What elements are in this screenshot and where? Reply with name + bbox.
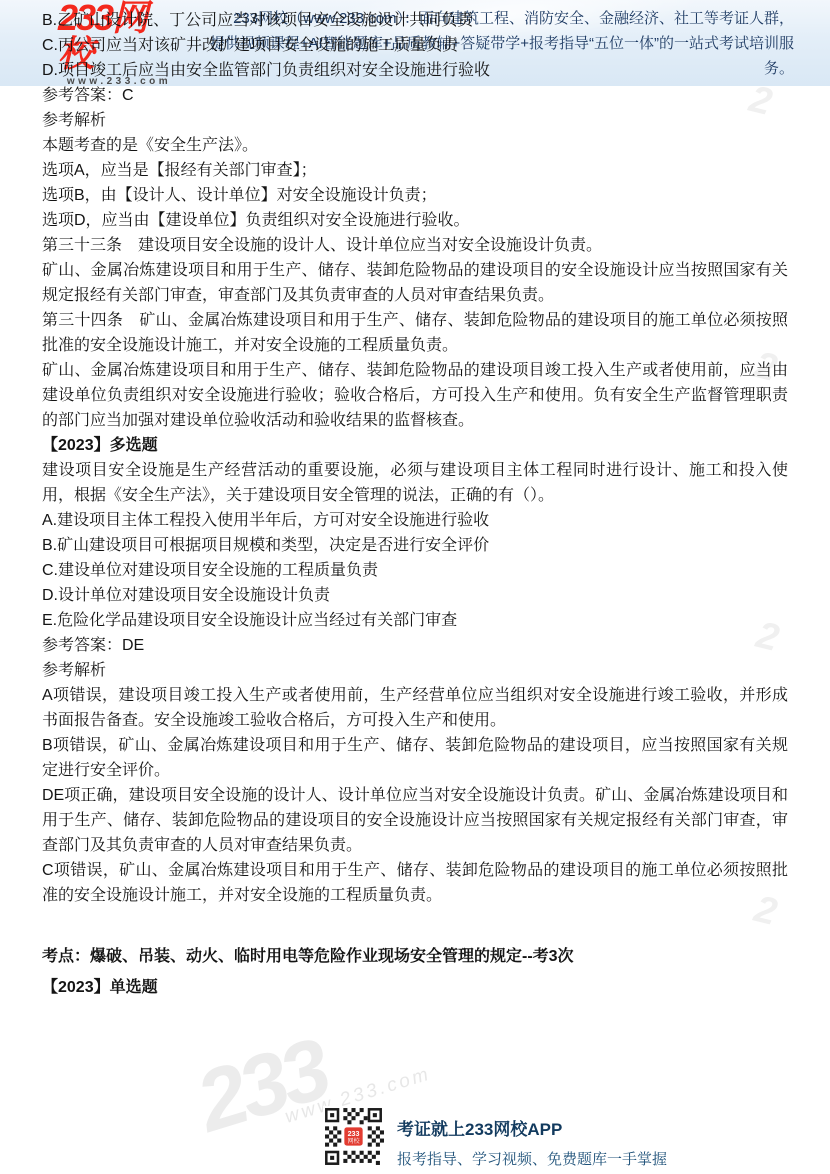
q2-stem: 建设项目安全设施是生产经营活动的重要设施，必须与建设项目主体工程同时进行设计、施…	[42, 458, 788, 508]
app-promo-subtitle: 报考指导、学习视频、免费题库一手掌握	[397, 1148, 667, 1169]
app-promo-footer: 233 网校 考证就上233网校APP 报考指导、学习视频、免费题库一手掌握	[323, 1106, 667, 1169]
q2-analysis-c: C项错误，矿山、金属冶炼建设项目和用于生产、储存、装卸危险物品的建设项目的施工单…	[42, 858, 788, 908]
qr-badge-text-1: 233	[348, 1130, 360, 1138]
q2-type-header: 【2023】多选题	[42, 433, 788, 458]
q2-option-c: C.建设单位对建设项目安全设施的工程质量负责	[42, 558, 788, 583]
q1-analysis-option-b: 选项B，由【设计人、设计单位】对安全设施设计负责；	[42, 183, 788, 208]
q2-option-d: D.设计单位对建设项目安全设施设计负责	[42, 583, 788, 608]
q2-option-a: A.建设项目主体工程投入使用半年后，方可对安全设施进行验收	[42, 508, 788, 533]
q1-analysis-intro: 本题考查的是《安全生产法》。	[42, 133, 788, 158]
app-promo-title: 考证就上233网校APP	[397, 1115, 667, 1140]
law-article-33: 第三十三条 建设项目安全设施的设计人、设计单位应当对安全设施设计负责。	[42, 233, 788, 258]
q1-answer: 参考答案：C	[42, 83, 788, 108]
app-promo-text: 考证就上233网校APP 报考指导、学习视频、免费题库一手掌握	[397, 1106, 667, 1169]
q3-type-header: 【2023】单选题	[42, 975, 788, 1000]
q1-option-c: C.丙公司应当对该矿井改扩建项目安全设施的施工质量负责	[42, 33, 788, 58]
q1-analysis-option-a: 选项A，应当是【报经有关部门审查】；	[42, 158, 788, 183]
q2-option-b: B.矿山建设项目可根据项目规模和类型，决定是否进行安全评价	[42, 533, 788, 558]
document-content: B.乙矿山设计院、丁公司应当对该项目安全设施设计共同负责 C.丙公司应当对该矿井…	[0, 0, 830, 1000]
q2-analysis-a: A项错误，建设项目竣工投入生产或者使用前，生产经营单位应当组织对安全设施进行竣工…	[42, 683, 788, 733]
q1-option-b: B.乙矿山设计院、丁公司应当对该项目安全设施设计共同负责	[42, 8, 788, 33]
q1-analysis-option-d: 选项D，应当由【建设单位】负责组织对安全设施进行验收。	[42, 208, 788, 233]
qr-badge-text-2: 网校	[347, 1137, 360, 1145]
q1-analysis-label: 参考解析	[42, 108, 788, 133]
law-article-34: 第三十四条 矿山、金属冶炼建设项目和用于生产、储存、装卸危险物品的建设项目的施工…	[42, 308, 788, 358]
document-page: 233网校 www.233.com 233网校（www.233.com）：面向建…	[0, 0, 830, 1174]
q2-analysis-de: DE项正确，建设项目安全设施的设计人、设计单位应当对安全设施设计负责。矿山、金属…	[42, 783, 788, 858]
exam-point-heading: 考点：爆破、吊装、动火、临时用电等危险作业现场安全管理的规定--考3次	[42, 944, 788, 969]
q2-option-e: E.危险化学品建设项目安全设施设计应当经过有关部门审查	[42, 608, 788, 633]
law-article-34-para: 矿山、金属冶炼建设项目和用于生产、储存、装卸危险物品的建设项目竣工投入生产或者使…	[42, 358, 788, 433]
law-article-33-para: 矿山、金属冶炼建设项目和用于生产、储存、装卸危险物品的建设项目的安全设施设计应当…	[42, 258, 788, 308]
q2-analysis-label: 参考解析	[42, 658, 788, 683]
q2-analysis-b: B项错误，矿山、金属冶炼建设项目和用于生产、储存、装卸危险物品的建设项目，应当按…	[42, 733, 788, 783]
app-qr-code: 233 网校	[323, 1106, 384, 1167]
q2-answer: 参考答案：DE	[42, 633, 788, 658]
q1-option-d: D.项目竣工后应当由安全监管部门负责组织对安全设施进行验收	[42, 58, 788, 83]
